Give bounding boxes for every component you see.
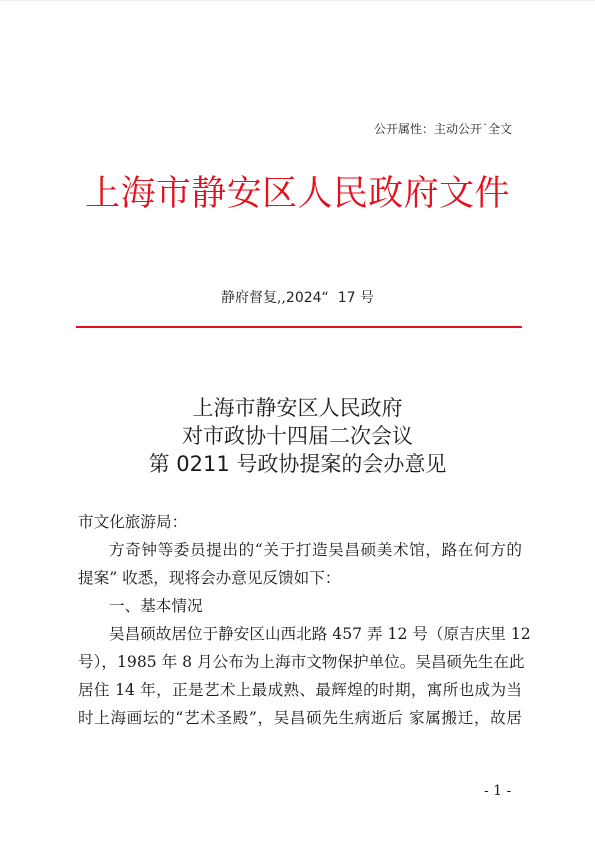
body-line: 居住 14 年，正是艺术上最成熟、最辉煌的时期，寓所也成为当 bbox=[78, 676, 522, 704]
subject-line-3: 第 0211 号政协提案的会办意见 bbox=[0, 450, 595, 478]
subject-line-2: 对市政协十四届二次会议 bbox=[0, 422, 595, 450]
body-line: 号），1985 年 8 月公布为上海市文物保护单位。吴昌硕先生在此 bbox=[78, 648, 522, 676]
doc-number-prefix: 静府督复 bbox=[221, 290, 277, 306]
section-heading-basic-situation: 一、基本情况 bbox=[78, 592, 522, 620]
red-divider-rule bbox=[76, 326, 522, 328]
doc-number-separator: ,, bbox=[277, 290, 286, 306]
addressee: 市文化旅游局： bbox=[78, 508, 522, 536]
page-top-edge bbox=[0, 0, 595, 1]
body-line: 提案” 收悉，现将会办意见反馈如下： bbox=[78, 564, 522, 592]
subject-line-3-prefix: 第 bbox=[149, 452, 177, 476]
body-line: 方奇钟等委员提出的“关于打造吴昌硕美术馆，路在何方的 bbox=[78, 536, 522, 564]
body-line: 时上海画坛的“艺术圣殿”，吴昌硕先生病逝后 家属搬迁，故居 bbox=[78, 704, 522, 732]
body-line: 吴昌硕故居位于静安区山西北路 457 弄 12 号（原吉庆里 12 bbox=[78, 620, 522, 648]
doc-number-year-suffix: “ bbox=[322, 290, 329, 306]
doc-number-value: 17 bbox=[338, 290, 356, 306]
subject-line-1: 上海市静安区人民政府 bbox=[0, 394, 595, 422]
proposal-number: 0211 bbox=[176, 452, 229, 476]
doc-number-year: 2024 bbox=[286, 290, 322, 306]
document-body: 市文化旅游局： 方奇钟等委员提出的“关于打造吴昌硕美术馆，路在何方的 提案” 收… bbox=[78, 508, 522, 732]
doc-number-suffix: 号 bbox=[360, 290, 374, 306]
subject-line-3-suffix: 号政协提案的会办意见 bbox=[230, 452, 447, 476]
document-header-title: 上海市静安区人民政府文件 bbox=[0, 168, 595, 220]
document-subject: 上海市静安区人民政府 对市政协十四届二次会议 第 0211 号政协提案的会办意见 bbox=[0, 394, 595, 478]
page-number: - 1 - bbox=[484, 782, 511, 800]
disclosure-attribute: 公开属性：主动公开˙全文 bbox=[374, 121, 512, 137]
document-number: 静府督复,,2024“ 17 号 bbox=[0, 288, 595, 308]
